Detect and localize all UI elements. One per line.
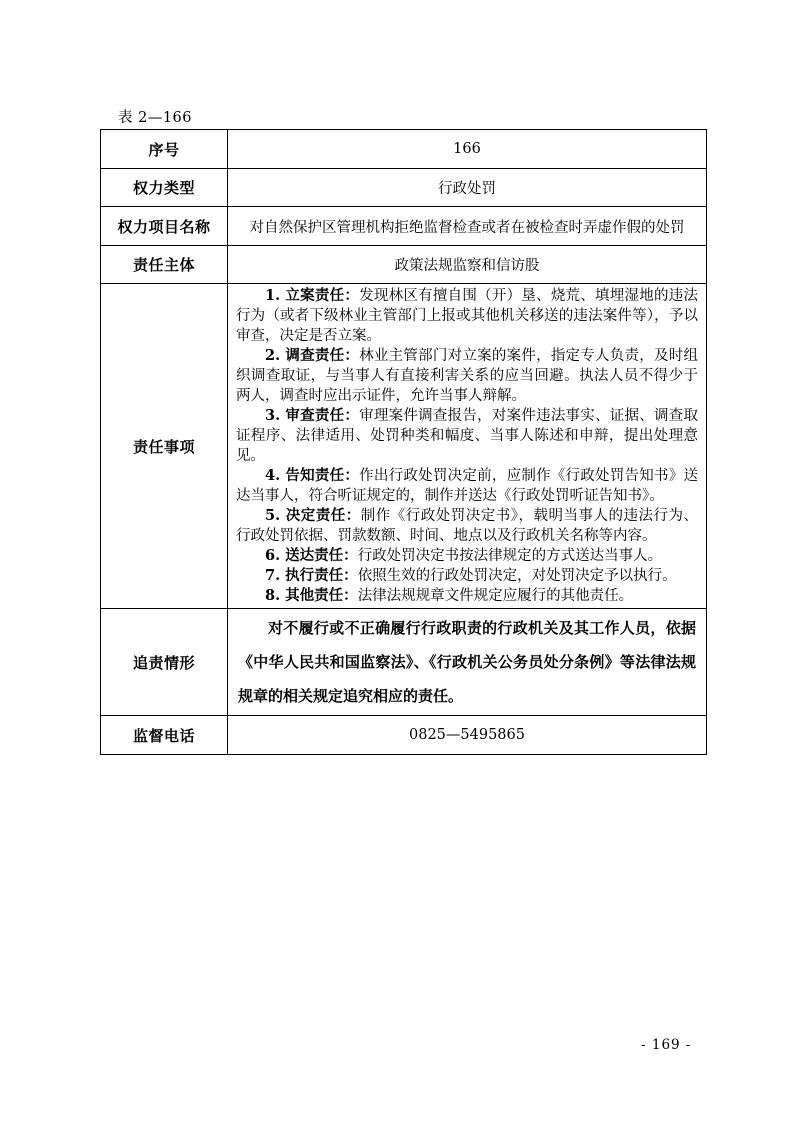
power-item-table: 序号 166 权力类型 行政处罚 权力项目名称 对自然保护区管理机构拒绝监督检查…	[100, 129, 707, 755]
responsibility-item-4-label: 4. 告知责任：	[265, 467, 359, 484]
responsibility-item-8: 8. 其他责任：法律法规规章文件规定应履行的其他责任。	[236, 586, 698, 606]
row-label-responsibility-items: 责任事项	[101, 284, 228, 609]
row-value-supervision-phone: 0825—5495865	[228, 716, 707, 755]
responsibility-item-1-label: 1. 立案责任：	[265, 287, 359, 304]
table-row-responsibility-items: 责任事项 1. 立案责任：发现林区有擅自围（开）垦、烧荒、填埋湿地的违法行为（或…	[101, 284, 707, 609]
responsibility-item-5-label: 5. 决定责任：	[265, 507, 361, 524]
row-value-responsibility-items: 1. 立案责任：发现林区有擅自围（开）垦、烧荒、填埋湿地的违法行为（或者下级林业…	[228, 284, 707, 609]
table-row-supervision-phone: 监督电话 0825—5495865	[101, 716, 707, 755]
table-row-responsible-entity: 责任主体 政策法规监察和信访股	[101, 246, 707, 284]
responsibility-item-2: 2. 调查责任：林业主管部门对立案的案件，指定专人负责，及时组织调查取证，与当事…	[236, 346, 698, 406]
table-row-power-item-name: 权力项目名称 对自然保护区管理机构拒绝监督检查或者在被检查时弄虚作假的处罚	[101, 207, 707, 246]
responsibility-item-1: 1. 立案责任：发现林区有擅自围（开）垦、烧荒、填埋湿地的违法行为（或者下级林业…	[236, 286, 698, 346]
row-label-responsible-entity: 责任主体	[101, 246, 228, 284]
table-row-serial-number: 序号 166	[101, 130, 707, 169]
page-number: - 169 -	[641, 1037, 691, 1053]
responsibility-item-6-text: 行政处罚决定书按法律规定的方式送达当事人。	[358, 548, 663, 564]
responsibility-item-6: 6. 送达责任：行政处罚决定书按法律规定的方式送达当事人。	[236, 546, 698, 566]
row-label-supervision-phone: 监督电话	[101, 716, 228, 755]
document-page: 表 2—166 序号 166 权力类型 行政处罚 权力项目名称 对自然保护区管理…	[0, 0, 793, 1122]
responsibility-item-4: 4. 告知责任：作出行政处罚决定前，应制作《行政处罚告知书》送达当事人，符合听证…	[236, 466, 698, 506]
row-value-power-item-name: 对自然保护区管理机构拒绝监督检查或者在被检查时弄虚作假的处罚	[228, 207, 707, 246]
responsibility-item-7-text: 依照生效的行政处罚决定，对处罚决定予以执行。	[358, 568, 677, 584]
row-label-power-type: 权力类型	[101, 169, 228, 207]
responsibility-item-7-label: 7. 执行责任：	[265, 567, 358, 584]
row-value-serial-number: 166	[228, 130, 707, 169]
row-label-accountability: 追责情形	[101, 609, 228, 716]
row-value-accountability: 对不履行或不正确履行行政职责的行政机关及其工作人员，依据《中华人民共和国监察法》…	[228, 609, 707, 716]
row-value-responsible-entity: 政策法规监察和信访股	[228, 246, 707, 284]
responsibility-item-5: 5. 决定责任：制作《行政处罚决定书》，载明当事人的违法行为、行政处罚依据、罚款…	[236, 506, 698, 546]
row-label-power-item-name: 权力项目名称	[101, 207, 228, 246]
table-row-power-type: 权力类型 行政处罚	[101, 169, 707, 207]
responsibility-item-7: 7. 执行责任：依照生效的行政处罚决定，对处罚决定予以执行。	[236, 566, 698, 586]
table-caption: 表 2—166	[118, 106, 192, 127]
responsibility-item-8-text: 法律法规规章文件规定应履行的其他责任。	[358, 588, 634, 604]
responsibility-item-3: 3. 审查责任：审理案件调查报告，对案件违法事实、证据、调查取证程序、法律适用、…	[236, 406, 698, 466]
responsibility-item-8-label: 8. 其他责任：	[265, 587, 358, 604]
row-value-power-type: 行政处罚	[228, 169, 707, 207]
responsibility-item-3-label: 3. 审查责任：	[265, 407, 359, 424]
responsibility-item-6-label: 6. 送达责任：	[265, 547, 358, 564]
table-row-accountability: 追责情形 对不履行或不正确履行行政职责的行政机关及其工作人员，依据《中华人民共和…	[101, 609, 707, 716]
responsibility-item-2-label: 2. 调查责任：	[265, 347, 359, 364]
row-label-serial-number: 序号	[101, 130, 228, 169]
